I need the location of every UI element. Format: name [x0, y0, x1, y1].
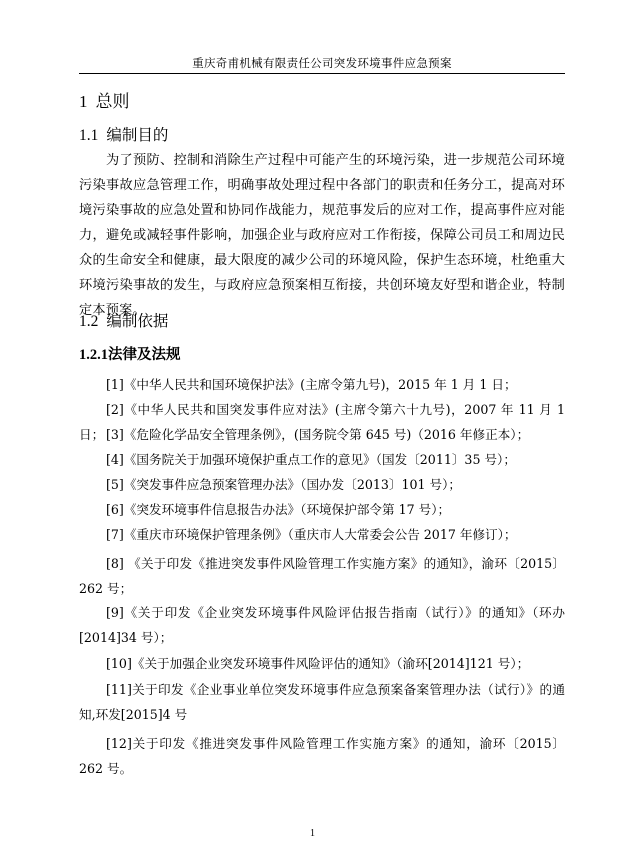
reference-item: [6]《突发环境事件信息报告办法》（环境保护部令第 17 号）； — [79, 497, 565, 522]
purpose-paragraph: 为了预防、控制和消除生产过程中可能产生的环境污染，进一步规范公司环境污染事故应急… — [79, 148, 565, 323]
reference-item: [9]《关于印发《企业突发环境事件风险评估报告指南（试行）》的通知》（环办[20… — [79, 600, 565, 650]
reference-item: [5]《突发事件应急预案管理办法》（国办发〔2013〕101 号）； — [79, 472, 565, 497]
heading-section-1-2: 1.2编制依据 — [79, 310, 168, 333]
heading-title: 编制依据 — [106, 312, 168, 330]
running-header: 重庆奇甫机械有限责任公司突发环境事件应急预案 — [79, 55, 565, 71]
reference-item: [10]《关于加强企业突发环境事件风险评估的通知》（渝环[2014]121 号）… — [79, 651, 565, 676]
document-page: 重庆奇甫机械有限责任公司突发环境事件应急预案 1总则 1.1编制目的 为了预防、… — [0, 0, 625, 861]
heading-section-1-1: 1.1编制目的 — [79, 124, 168, 147]
heading-number: 1.2 — [79, 313, 98, 330]
heading-number: 1 — [79, 92, 88, 111]
reference-item: [4]《国务院关于加强环境保护重点工作的意见》（国发〔2011〕35 号）； — [79, 447, 565, 472]
heading-number: 1.2.1 — [79, 347, 108, 363]
reference-item: [3]《危险化学品安全管理条例》，(国务院令第 645 号)（2016 年修正本… — [79, 422, 565, 447]
heading-section-1-2-1: 1.2.1法律及法规 — [79, 345, 181, 365]
heading-section-1: 1总则 — [79, 90, 130, 114]
reference-item: [12]关于印发《推进突发事件风险管理工作实施方案》的通知，渝环〔2015〕26… — [79, 731, 565, 781]
heading-title: 编制目的 — [106, 126, 168, 144]
heading-title: 总则 — [96, 92, 130, 112]
header-rule — [79, 73, 565, 74]
reference-item: [11]关于印发《企业事业单位突发环境事件应急预案备案管理办法（试行）》的通知,… — [79, 677, 565, 727]
reference-item: [7]《重庆市环境保护管理条例》（重庆市人大常委会公告 2017 年修订）； — [79, 522, 565, 547]
reference-item: [1]《中华人民共和国环境保护法》(主席令第九号)，2015 年 1 月 1 日… — [79, 372, 565, 397]
heading-title: 法律及法规 — [108, 347, 181, 363]
heading-number: 1.1 — [79, 127, 98, 144]
page-number: 1 — [0, 828, 625, 839]
reference-item: [8] 《关于印发《推进突发事件风险管理工作实施方案》的通知》，渝环〔2015〕… — [79, 551, 565, 601]
